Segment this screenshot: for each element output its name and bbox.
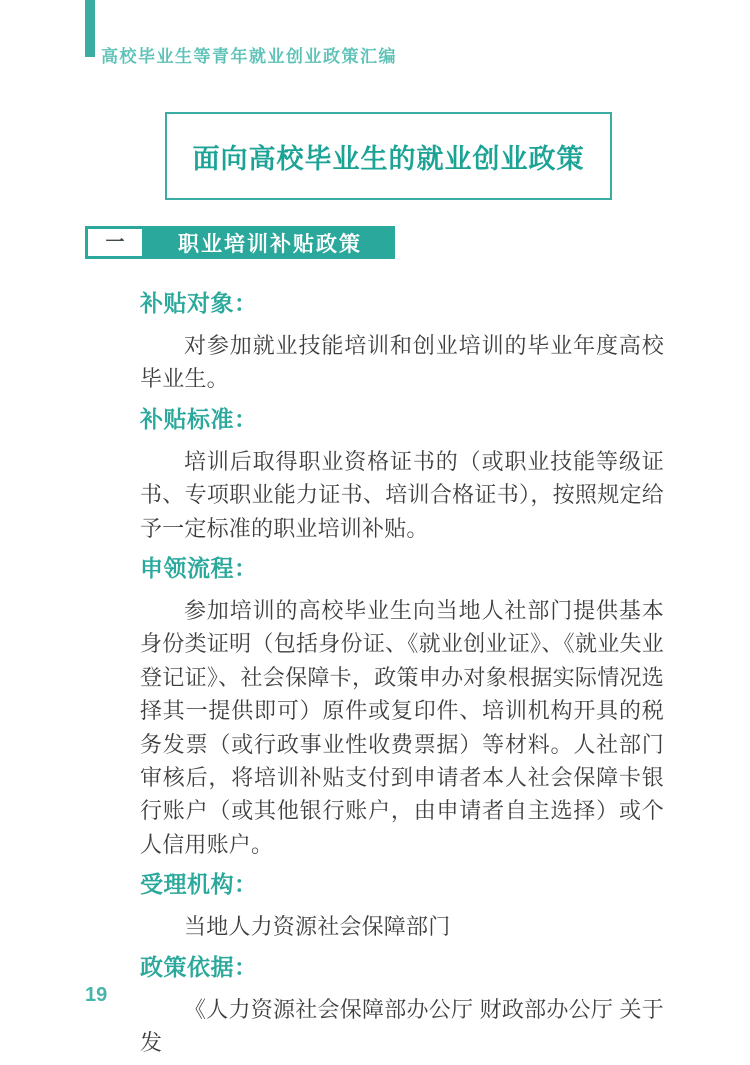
document-page: 高校毕业生等青年就业创业政策汇编 面向高校毕业生的就业创业政策 一 职业培训补贴… [0, 0, 750, 1065]
paragraph-accepting-agency: 当地人力资源社会保障部门 [140, 910, 664, 943]
page-title: 面向高校毕业生的就业创业政策 [193, 137, 585, 176]
heading-subsidy-standard: 补贴标准： [140, 406, 664, 432]
section-header: 一 职业培训补贴政策 [85, 226, 395, 259]
heading-subsidy-target: 补贴对象： [140, 290, 664, 316]
paragraph-subsidy-standard: 培训后取得职业资格证书的（或职业技能等级证书、专项职业能力证书、培训合格证书），… [140, 445, 664, 545]
paragraph-application-process: 参加培训的高校毕业生向当地人社部门提供基本身份类证明（包括身份证、《就业创业证》… [140, 594, 664, 861]
section-number: 一 [105, 233, 124, 252]
section-title: 职业培训补贴政策 [145, 226, 395, 259]
heading-application-process: 申领流程： [140, 555, 664, 581]
content-column: 补贴对象： 对参加就业技能培训和创业培训的毕业年度高校毕业生。 补贴标准： 培训… [140, 290, 664, 1065]
document-header-title: 高校毕业生等青年就业创业政策汇编 [101, 42, 397, 67]
heading-policy-basis: 政策依据： [140, 954, 664, 980]
paragraph-subsidy-target: 对参加就业技能培训和创业培训的毕业年度高校毕业生。 [140, 329, 664, 396]
page-title-box: 面向高校毕业生的就业创业政策 [165, 112, 612, 200]
section-number-box: 一 [88, 229, 142, 256]
heading-accepting-agency: 受理机构： [140, 871, 664, 897]
paragraph-policy-basis: 《人力资源社会保障部办公厅 财政部办公厅 关于发 [140, 993, 664, 1060]
header-accent-bar [85, 0, 95, 57]
page-number: 19 [85, 984, 107, 1007]
